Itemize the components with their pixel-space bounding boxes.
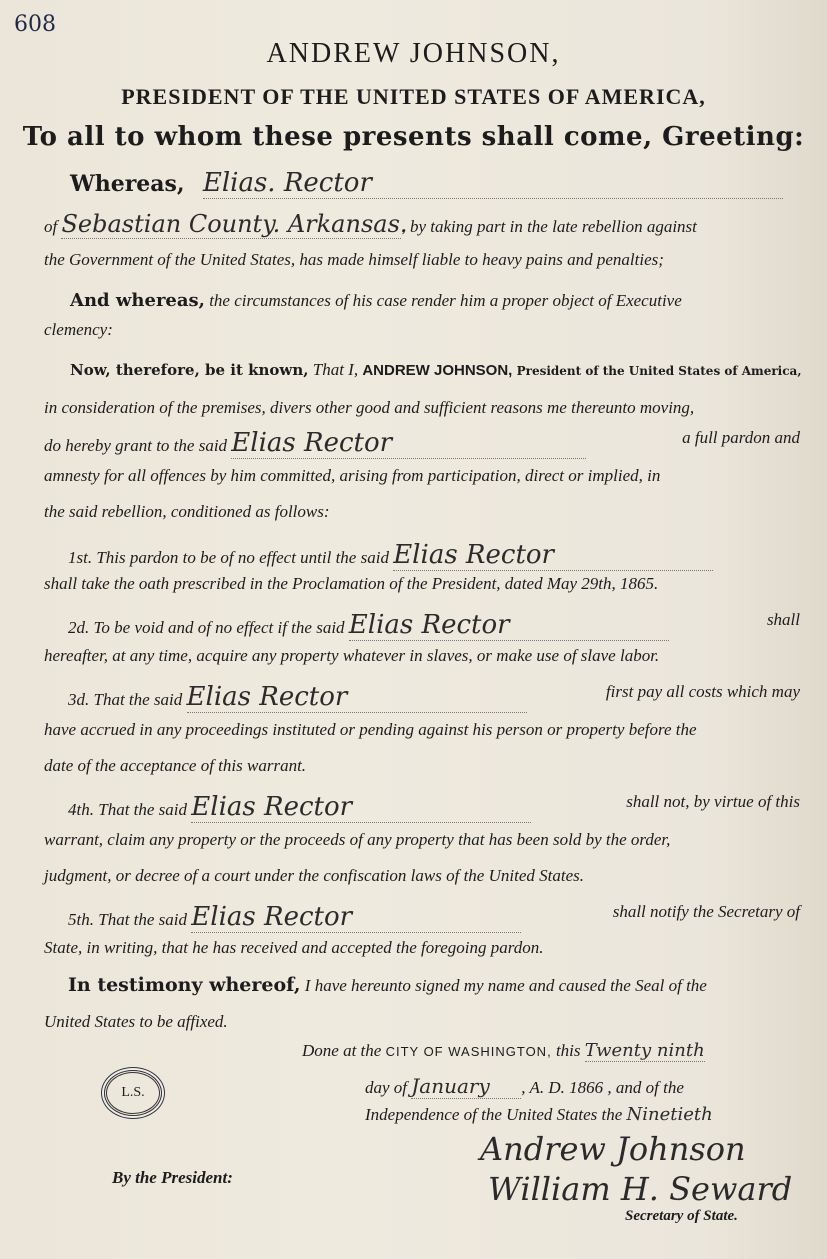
condition-num: 2d.	[68, 618, 89, 637]
header-name: ANDREW JOHNSON,	[0, 38, 827, 70]
seal: L.S.	[104, 1070, 162, 1116]
that-i: That I,	[313, 360, 358, 379]
testimony-text: I have hereunto signed my name and cause…	[305, 976, 707, 995]
day-written: Twenty ninth	[585, 1040, 705, 1061]
condition-post: shall not, by virtue of this	[626, 792, 800, 812]
header-greeting: To all to whom these presents shall come…	[0, 122, 827, 152]
condition-5-cont: State, in writing, that he has received …	[44, 938, 800, 958]
president-name: ANDREW JOHNSON,	[362, 362, 512, 379]
condition-pre: That the said	[94, 690, 183, 709]
grantee-name: Elias Rector	[393, 540, 554, 570]
page-number: 608	[14, 12, 56, 37]
condition-2-cont: hereafter, at any time, acquire any prop…	[44, 646, 800, 666]
by-the-president: By the President:	[112, 1168, 312, 1188]
condition-3: 3d. That the said Elias Rector first pay…	[68, 682, 800, 713]
grantee-name: Elias Rector	[191, 902, 352, 932]
condition-num: 5th.	[68, 910, 94, 929]
grant-line: do hereby grant to the said Elias Rector…	[44, 428, 800, 459]
and-whereas-label: And whereas,	[70, 290, 205, 311]
now-label: Now, therefore, be it known,	[70, 361, 308, 379]
whereas-label: Whereas,	[70, 171, 185, 197]
affixed-line: United States to be affixed.	[44, 1012, 800, 1032]
and-whereas-line: And whereas, the circumstances of his ca…	[70, 290, 800, 311]
condition-post: first pay all costs which may	[606, 682, 800, 702]
condition-post: shall	[767, 610, 800, 630]
president-signature: Andrew Johnson	[480, 1130, 746, 1168]
condition-4: 4th. That the said Elias Rector shall no…	[68, 792, 800, 823]
anno-domini: , A. D. 1866 , and of the	[521, 1078, 684, 1097]
day-of: day of	[365, 1078, 407, 1097]
of-label: of	[44, 217, 57, 236]
condition-3-cont-1: have accrued in any proceedings institut…	[44, 720, 800, 740]
this-label: this	[556, 1041, 581, 1060]
condition-2: 2d. To be void and of no effect if the s…	[68, 610, 800, 641]
grant-post: a full pardon and	[682, 428, 800, 448]
done-at-line: Done at the CITY OF WASHINGTON, this Twe…	[302, 1040, 800, 1062]
independence: Independence of the United States the	[365, 1105, 622, 1124]
amnesty-line: amnesty for all offences by him committe…	[44, 466, 800, 486]
condition-pre: This pardon to be of no effect until the…	[96, 548, 389, 567]
independence-line: Independence of the United States the Ni…	[365, 1104, 800, 1125]
grantee-name: Elias Rector	[187, 682, 348, 712]
condition-num: 1st.	[68, 548, 92, 567]
pardon-document: 608 ANDREW JOHNSON, PRESIDENT OF THE UNI…	[0, 0, 827, 1259]
rebellion-text: , by taking part in the late rebellion a…	[401, 217, 696, 236]
condition-post: shall notify the Secretary of	[613, 902, 800, 922]
residence-line: of Sebastian County. Arkansas., by takin…	[44, 210, 800, 239]
whereas-line: Whereas, Elias. Rector	[70, 168, 800, 199]
testimony-label: In testimony whereof,	[68, 974, 301, 996]
condition-1: 1st. This pardon to be of no effect unti…	[68, 540, 800, 571]
month: January	[411, 1074, 490, 1098]
condition-pre: That the said	[98, 910, 187, 929]
condition-4-cont-2: judgment, or decree of a court under the…	[44, 866, 800, 886]
condition-4-cont-1: warrant, claim any property or the proce…	[44, 830, 800, 850]
circumstances-text: the circumstances of his case render him…	[209, 291, 682, 310]
grant-pre: do hereby grant to the said	[44, 436, 227, 455]
grantee-name: Elias Rector	[231, 428, 392, 458]
grantee-name: Elias. Rector	[203, 168, 372, 198]
consideration-line: in consideration of the premises, divers…	[44, 398, 800, 418]
now-therefore-line: Now, therefore, be it known, That I, AND…	[70, 360, 800, 380]
secretary-title: Secretary of State.	[625, 1208, 805, 1225]
condition-3-cont-2: date of the acceptance of this warrant.	[44, 756, 800, 776]
condition-num: 3d.	[68, 690, 89, 709]
conditioned-line: the said rebellion, conditioned as follo…	[44, 502, 800, 522]
condition-pre: That the said	[98, 800, 187, 819]
condition-1-cont: shall take the oath prescribed in the Pr…	[44, 574, 800, 594]
condition-num: 4th.	[68, 800, 94, 819]
testimony-line: In testimony whereof, I have hereunto si…	[68, 974, 800, 996]
grantee-name: Elias Rector	[349, 610, 510, 640]
done-at: Done at the	[302, 1041, 381, 1060]
residence: Sebastian County. Arkansas.	[61, 210, 407, 238]
president-title: President of the United States of Americ…	[517, 364, 802, 378]
condition-5: 5th. That the said Elias Rector shall no…	[68, 902, 800, 933]
city: CITY OF WASHINGTON,	[386, 1044, 552, 1059]
header-office: PRESIDENT OF THE UNITED STATES OF AMERIC…	[0, 84, 827, 110]
grantee-name: Elias Rector	[191, 792, 352, 822]
government-line: the Government of the United States, has…	[44, 250, 800, 270]
day-of-line: day of January, A. D. 1866 , and of the	[365, 1074, 800, 1099]
secretary-signature: William H. Seward	[488, 1170, 792, 1208]
condition-pre: To be void and of no effect if the said	[94, 618, 345, 637]
year-written: Ninetieth	[627, 1104, 713, 1125]
clemency-line: clemency:	[44, 320, 800, 340]
